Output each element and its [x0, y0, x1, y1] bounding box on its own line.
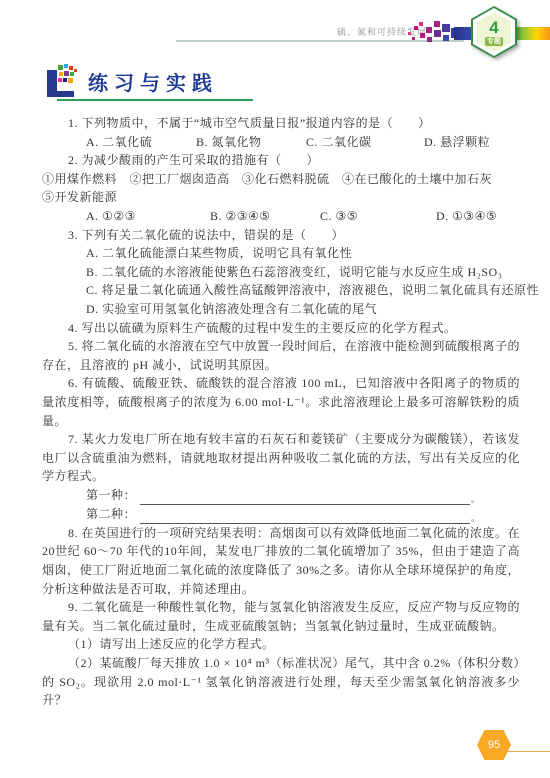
answer-blank-2: 第二种： 。	[86, 505, 520, 524]
question-6: 6. 有硫酸、硫酸亚铁、硫酸铁的混合溶液 100 mL，已知溶液中各阳离子的物质…	[42, 374, 520, 430]
section-title: 练习与实践	[88, 67, 218, 96]
option: B. 二氧化硫的水溶液能使紫色石蕊溶液变红，说明它能与水反应生成 H₂SO₃	[42, 263, 520, 282]
question-5: 5. 将二氧化硫的水溶液在空气中放置一段时间后，在溶液中能检测到硫酸根离子的存在…	[42, 337, 520, 374]
question-1: 1. 下列物质中，不属于“城市空气质量日报”报道内容的是（ ）	[42, 114, 520, 133]
question-4: 4. 写出以硫磺为原料生产硫酸的过程中发生的主要反应的化学方程式。	[42, 319, 520, 338]
option: C. 将足量二氧化硫通入酸性高锰酸钾溶液中，溶液褪色，说明二氧化硫具有还原性	[42, 281, 520, 300]
page-number-badge: 95	[477, 730, 511, 760]
question-9-sub-1: （1）请写出上述反应的化学方程式。	[42, 635, 520, 654]
answer-line	[140, 490, 470, 505]
option: B. ②③④⑤	[210, 207, 320, 226]
blank-suffix: 。	[471, 493, 481, 505]
textbook-page: 硫、氮和可持续发展 4 专题	[0, 0, 550, 778]
unit-badge-hexagon-icon: 4 专题	[471, 6, 517, 58]
question-9: 9. 二氧化硫是一种酸性氧化物，能与氢氧化钠溶液发生反应，反应产物与反应物的量有…	[42, 598, 520, 635]
answer-blank-1: 第一种： 。	[86, 486, 520, 505]
answer-line	[140, 509, 470, 524]
question-2: 2. 为减少酸雨的产生可采取的措施有（ ）	[42, 151, 520, 170]
option: D. 悬浮颗粒	[424, 133, 520, 152]
option: A. 二氧化硫	[86, 133, 196, 152]
option: D. ①③④⑤	[436, 207, 520, 226]
question-2-items: ①用煤作燃料 ②把工厂烟囱造高 ③化石燃料脱硫 ④在已酸化的土壤中加石灰	[42, 170, 520, 189]
option: D. 实验室可用氢氧化钠溶液处理含有二氧化硫的尾气	[42, 300, 520, 319]
question-9-sub-2: （2）某硫酸厂每天排放 1.0 × 10⁴ m³（标准状况）尾气，其中含 0.2…	[42, 654, 520, 710]
option: A. 二氧化硫能漂白某些物质，说明它具有氧化性	[42, 244, 520, 263]
question-8: 8. 在英国进行的一项研究结果表明：高烟囱可以有效降低地面二氧化硫的浓度。在20…	[42, 524, 520, 598]
option: C. ③⑤	[320, 207, 436, 226]
exercise-content: 1. 下列物质中，不属于“城市空气质量日报”报道内容的是（ ） A. 二氧化硫 …	[42, 114, 520, 710]
question-3: 3. 下列有关二氧化硫的说法中，错误的是（ ）	[42, 226, 520, 245]
unit-label: 专题	[485, 37, 503, 46]
question-2-options: A. ①②③ B. ②③④⑤ C. ③⑤ D. ①③④⑤	[86, 207, 520, 226]
section-mosaic-icon	[47, 63, 81, 99]
question-2-items: ⑤开发新能源	[42, 188, 520, 207]
question-7: 7. 某火力发电厂所在地有较丰富的石灰石和菱镁矿（主要成分为碳酸镁），若该发电厂…	[42, 430, 520, 486]
section-underline	[57, 99, 253, 101]
unit-number: 4	[489, 19, 498, 36]
option: C. 二氧化碳	[306, 133, 424, 152]
page-number: 95	[488, 739, 500, 751]
blank-label: 第一种：	[86, 486, 136, 505]
option: B. 氮氧化物	[196, 133, 306, 152]
option: A. ①②③	[86, 207, 210, 226]
blank-suffix: 。	[471, 512, 481, 524]
question-1-options: A. 二氧化硫 B. 氮氧化物 C. 二氧化碳 D. 悬浮颗粒	[86, 133, 520, 152]
blank-label: 第二种：	[86, 505, 136, 524]
